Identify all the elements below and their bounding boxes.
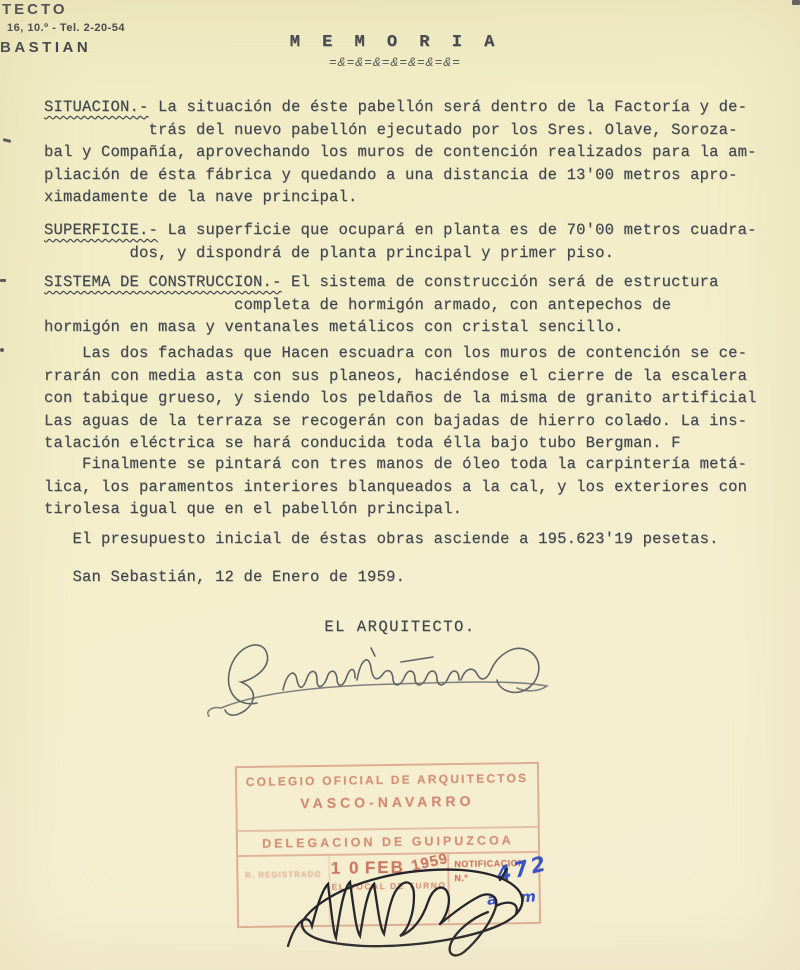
heading-situacion: SITUACION.-	[44, 98, 149, 116]
paragraph-pintura: Finalmente se pintará con tres manos de …	[44, 453, 784, 521]
scan-speck	[0, 279, 6, 282]
document-page: TECTO 16, 10.º - Tel. 2-20-54 BASTIAN M …	[0, 0, 800, 970]
letterhead-line-2: 16, 10.º - Tel. 2-20-54	[7, 22, 125, 34]
title-underline: =&=&=&=&=&=&=&=	[250, 55, 540, 70]
paragraph-situacion: SITUACION.- La situación de éste pabelló…	[44, 96, 784, 209]
paragraph-superficie: SUPERFICIE.- La superficie que ocupará e…	[44, 219, 784, 264]
paragraph-situacion-body: La situación de éste pabellón será dentr…	[44, 98, 757, 206]
paragraph-presupuesto: El presupuesto inicial de éstas obras as…	[44, 528, 784, 551]
scan-speck	[636, 420, 649, 422]
paragraph-fachadas: Las dos fachadas que Hacen escuadra con …	[44, 342, 784, 455]
paragraph-sistema-construccion: SISTEMA DE CONSTRUCCION.- El sistema de …	[44, 271, 784, 339]
scan-speck	[3, 138, 11, 143]
heading-superficie: SUPERFICIE.-	[44, 221, 158, 239]
stamp-org-line2: VASCO-NAVARRO	[237, 792, 537, 812]
letterhead: TECTO 16, 10.º - Tel. 2-20-54 BASTIAN	[0, 1, 125, 56]
letterhead-line-1: TECTO	[2, 1, 125, 18]
scan-speck	[0, 348, 4, 352]
heading-sistema-construccion: SISTEMA DE CONSTRUCCION.-	[44, 273, 282, 291]
scan-speck	[792, 0, 800, 5]
letterhead-line-3: BASTIAN	[0, 39, 125, 56]
document-title: M E M O R I A	[250, 33, 540, 52]
date-line: San Sebastián, 12 de Enero de 1959.	[44, 566, 784, 589]
vocal-signature	[272, 850, 552, 965]
architect-signature	[195, 628, 565, 733]
stamp-org-line1: COLEGIO OFICIAL DE ARQUITECTOS	[237, 771, 537, 789]
